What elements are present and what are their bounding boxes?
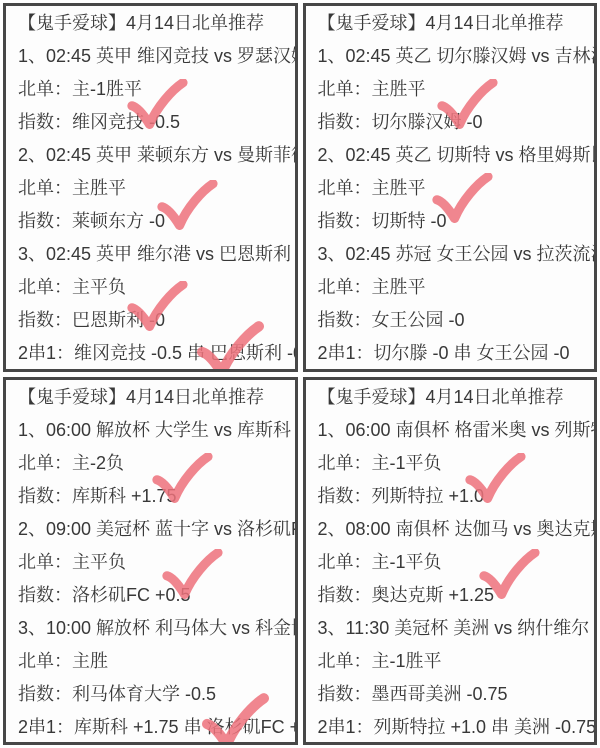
- panel-top-left: 【鬼手爱球】4月14日北单推荐 1、02:45 英甲 维冈竞技 vs 罗瑟汉姆 …: [3, 3, 298, 372]
- match-line: 3、10:00 解放杯 利马体大 vs 科金博联: [18, 612, 295, 645]
- beidan-line: 北单：主平负: [18, 546, 295, 579]
- parlay-row: 2串1：库斯科 +1.75 串 洛杉矶FC +0.5: [18, 711, 295, 744]
- beidan-line: 北单：主胜平: [318, 73, 595, 106]
- parlay-row: 2串1：维冈竞技 -0.5 串 巴恩斯利 -0: [18, 337, 295, 370]
- match-entry: 3、11:30 美冠杯 美洲 vs 纳什维尔 北单：主-1胜平 指数：墨西哥美洲…: [318, 612, 595, 711]
- match-line: 3、11:30 美冠杯 美洲 vs 纳什维尔: [318, 612, 595, 645]
- betting-recommendation-board: 【鬼手爱球】4月14日北单推荐 1、02:45 英甲 维冈竞技 vs 罗瑟汉姆 …: [0, 0, 600, 748]
- match-line: 1、02:45 英乙 切尔滕汉姆 vs 吉林汉姆: [318, 40, 595, 73]
- match-entry: 3、10:00 解放杯 利马体大 vs 科金博联 北单：主胜 指数：利马体育大学…: [18, 612, 295, 711]
- match-entry: 1、06:00 解放杯 大学生 vs 库斯科 北单：主-2负 指数：库斯科 +1…: [18, 414, 295, 513]
- parlay-line: 2串1：库斯科 +1.75 串 洛杉矶FC +0.5: [18, 711, 295, 744]
- match-entry: 2、02:45 英乙 切斯特 vs 格里姆斯比 北单：主胜平 指数：切斯特 -0: [318, 139, 595, 238]
- index-line: 指数：列斯特拉 +1.0: [318, 480, 595, 513]
- parlay-row: 2串1：切尔滕 -0 串 女王公园 -0: [318, 337, 595, 370]
- match-line: 3、02:45 苏冠 女王公园 vs 拉茨流浪: [318, 238, 595, 271]
- panel-title: 【鬼手爱球】4月14日北单推荐: [318, 7, 595, 40]
- match-entry: 3、02:45 苏冠 女王公园 vs 拉茨流浪 北单：主胜平 指数：女王公园 -…: [318, 238, 595, 337]
- panel-bottom-right: 【鬼手爱球】4月14日北单推荐 1、06:00 南俱杯 格雷米奥 vs 列斯特拉…: [303, 377, 598, 746]
- index-line: 指数：莱顿东方 -0: [18, 205, 295, 238]
- match-entry: 1、06:00 南俱杯 格雷米奥 vs 列斯特拉 北单：主-1平负 指数：列斯特…: [318, 414, 595, 513]
- index-line: 指数：墨西哥美洲 -0.75: [318, 678, 595, 711]
- panel-title: 【鬼手爱球】4月14日北单推荐: [318, 381, 595, 414]
- index-line: 指数：维冈竞技 -0.5: [18, 106, 295, 139]
- beidan-line: 北单：主-1胜平: [18, 73, 295, 106]
- beidan-line: 北单：主-2负: [18, 447, 295, 480]
- panel-bottom-left: 【鬼手爱球】4月14日北单推荐 1、06:00 解放杯 大学生 vs 库斯科 北…: [3, 377, 298, 746]
- index-line: 指数：利马体育大学 -0.5: [18, 678, 295, 711]
- index-line: 指数：女王公园 -0: [318, 304, 595, 337]
- match-entry: 2、09:00 美冠杯 蓝十字 vs 洛杉矶FC 北单：主平负 指数：洛杉矶FC…: [18, 513, 295, 612]
- beidan-line: 北单：主胜平: [318, 271, 595, 304]
- match-line: 2、09:00 美冠杯 蓝十字 vs 洛杉矶FC: [18, 513, 295, 546]
- beidan-line: 北单：主平负: [18, 271, 295, 304]
- index-line: 指数：库斯科 +1.75: [18, 480, 295, 513]
- beidan-line: 北单：主胜平: [18, 172, 295, 205]
- match-line: 3、02:45 英甲 维尔港 vs 巴恩斯利: [18, 238, 295, 271]
- match-entry: 2、08:00 南俱杯 达伽马 vs 奥达克斯 北单：主-1平负 指数：奥达克斯…: [318, 513, 595, 612]
- match-line: 2、02:45 英甲 莱顿东方 vs 曼斯菲德: [18, 139, 295, 172]
- index-line: 指数：奥达克斯 +1.25: [318, 579, 595, 612]
- match-line: 1、02:45 英甲 维冈竞技 vs 罗瑟汉姆: [18, 40, 295, 73]
- index-line: 指数：切尔滕汉姆 -0: [318, 106, 595, 139]
- panel-title: 【鬼手爱球】4月14日北单推荐: [18, 7, 295, 40]
- panel-top-right: 【鬼手爱球】4月14日北单推荐 1、02:45 英乙 切尔滕汉姆 vs 吉林汉姆…: [303, 3, 598, 372]
- beidan-line: 北单：主胜: [18, 645, 295, 678]
- match-entry: 2、02:45 英甲 莱顿东方 vs 曼斯菲德 北单：主胜平 指数：莱顿东方 -…: [18, 139, 295, 238]
- match-line: 2、08:00 南俱杯 达伽马 vs 奥达克斯: [318, 513, 595, 546]
- parlay-line: 2串1：维冈竞技 -0.5 串 巴恩斯利 -0: [18, 337, 295, 370]
- index-line: 指数：巴恩斯利 -0: [18, 304, 295, 337]
- beidan-line: 北单：主胜平: [318, 172, 595, 205]
- match-line: 1、06:00 南俱杯 格雷米奥 vs 列斯特拉: [318, 414, 595, 447]
- panel-title: 【鬼手爱球】4月14日北单推荐: [18, 381, 295, 414]
- parlay-line: 2串1：切尔滕 -0 串 女王公园 -0: [318, 337, 595, 370]
- match-entry: 3、02:45 英甲 维尔港 vs 巴恩斯利 北单：主平负 指数：巴恩斯利 -0: [18, 238, 295, 337]
- beidan-line: 北单：主-1胜平: [318, 645, 595, 678]
- match-entry: 1、02:45 英乙 切尔滕汉姆 vs 吉林汉姆 北单：主胜平 指数：切尔滕汉姆…: [318, 40, 595, 139]
- parlay-line: 2串1：列斯特拉 +1.0 串 美洲 -0.75: [318, 711, 595, 744]
- beidan-line: 北单：主-1平负: [318, 546, 595, 579]
- index-line: 指数：切斯特 -0: [318, 205, 595, 238]
- parlay-row: 2串1：列斯特拉 +1.0 串 美洲 -0.75: [318, 711, 595, 744]
- beidan-line: 北单：主-1平负: [318, 447, 595, 480]
- match-entry: 1、02:45 英甲 维冈竞技 vs 罗瑟汉姆 北单：主-1胜平 指数：维冈竞技…: [18, 40, 295, 139]
- index-line: 指数：洛杉矶FC +0.5: [18, 579, 295, 612]
- match-line: 1、06:00 解放杯 大学生 vs 库斯科: [18, 414, 295, 447]
- match-line: 2、02:45 英乙 切斯特 vs 格里姆斯比: [318, 139, 595, 172]
